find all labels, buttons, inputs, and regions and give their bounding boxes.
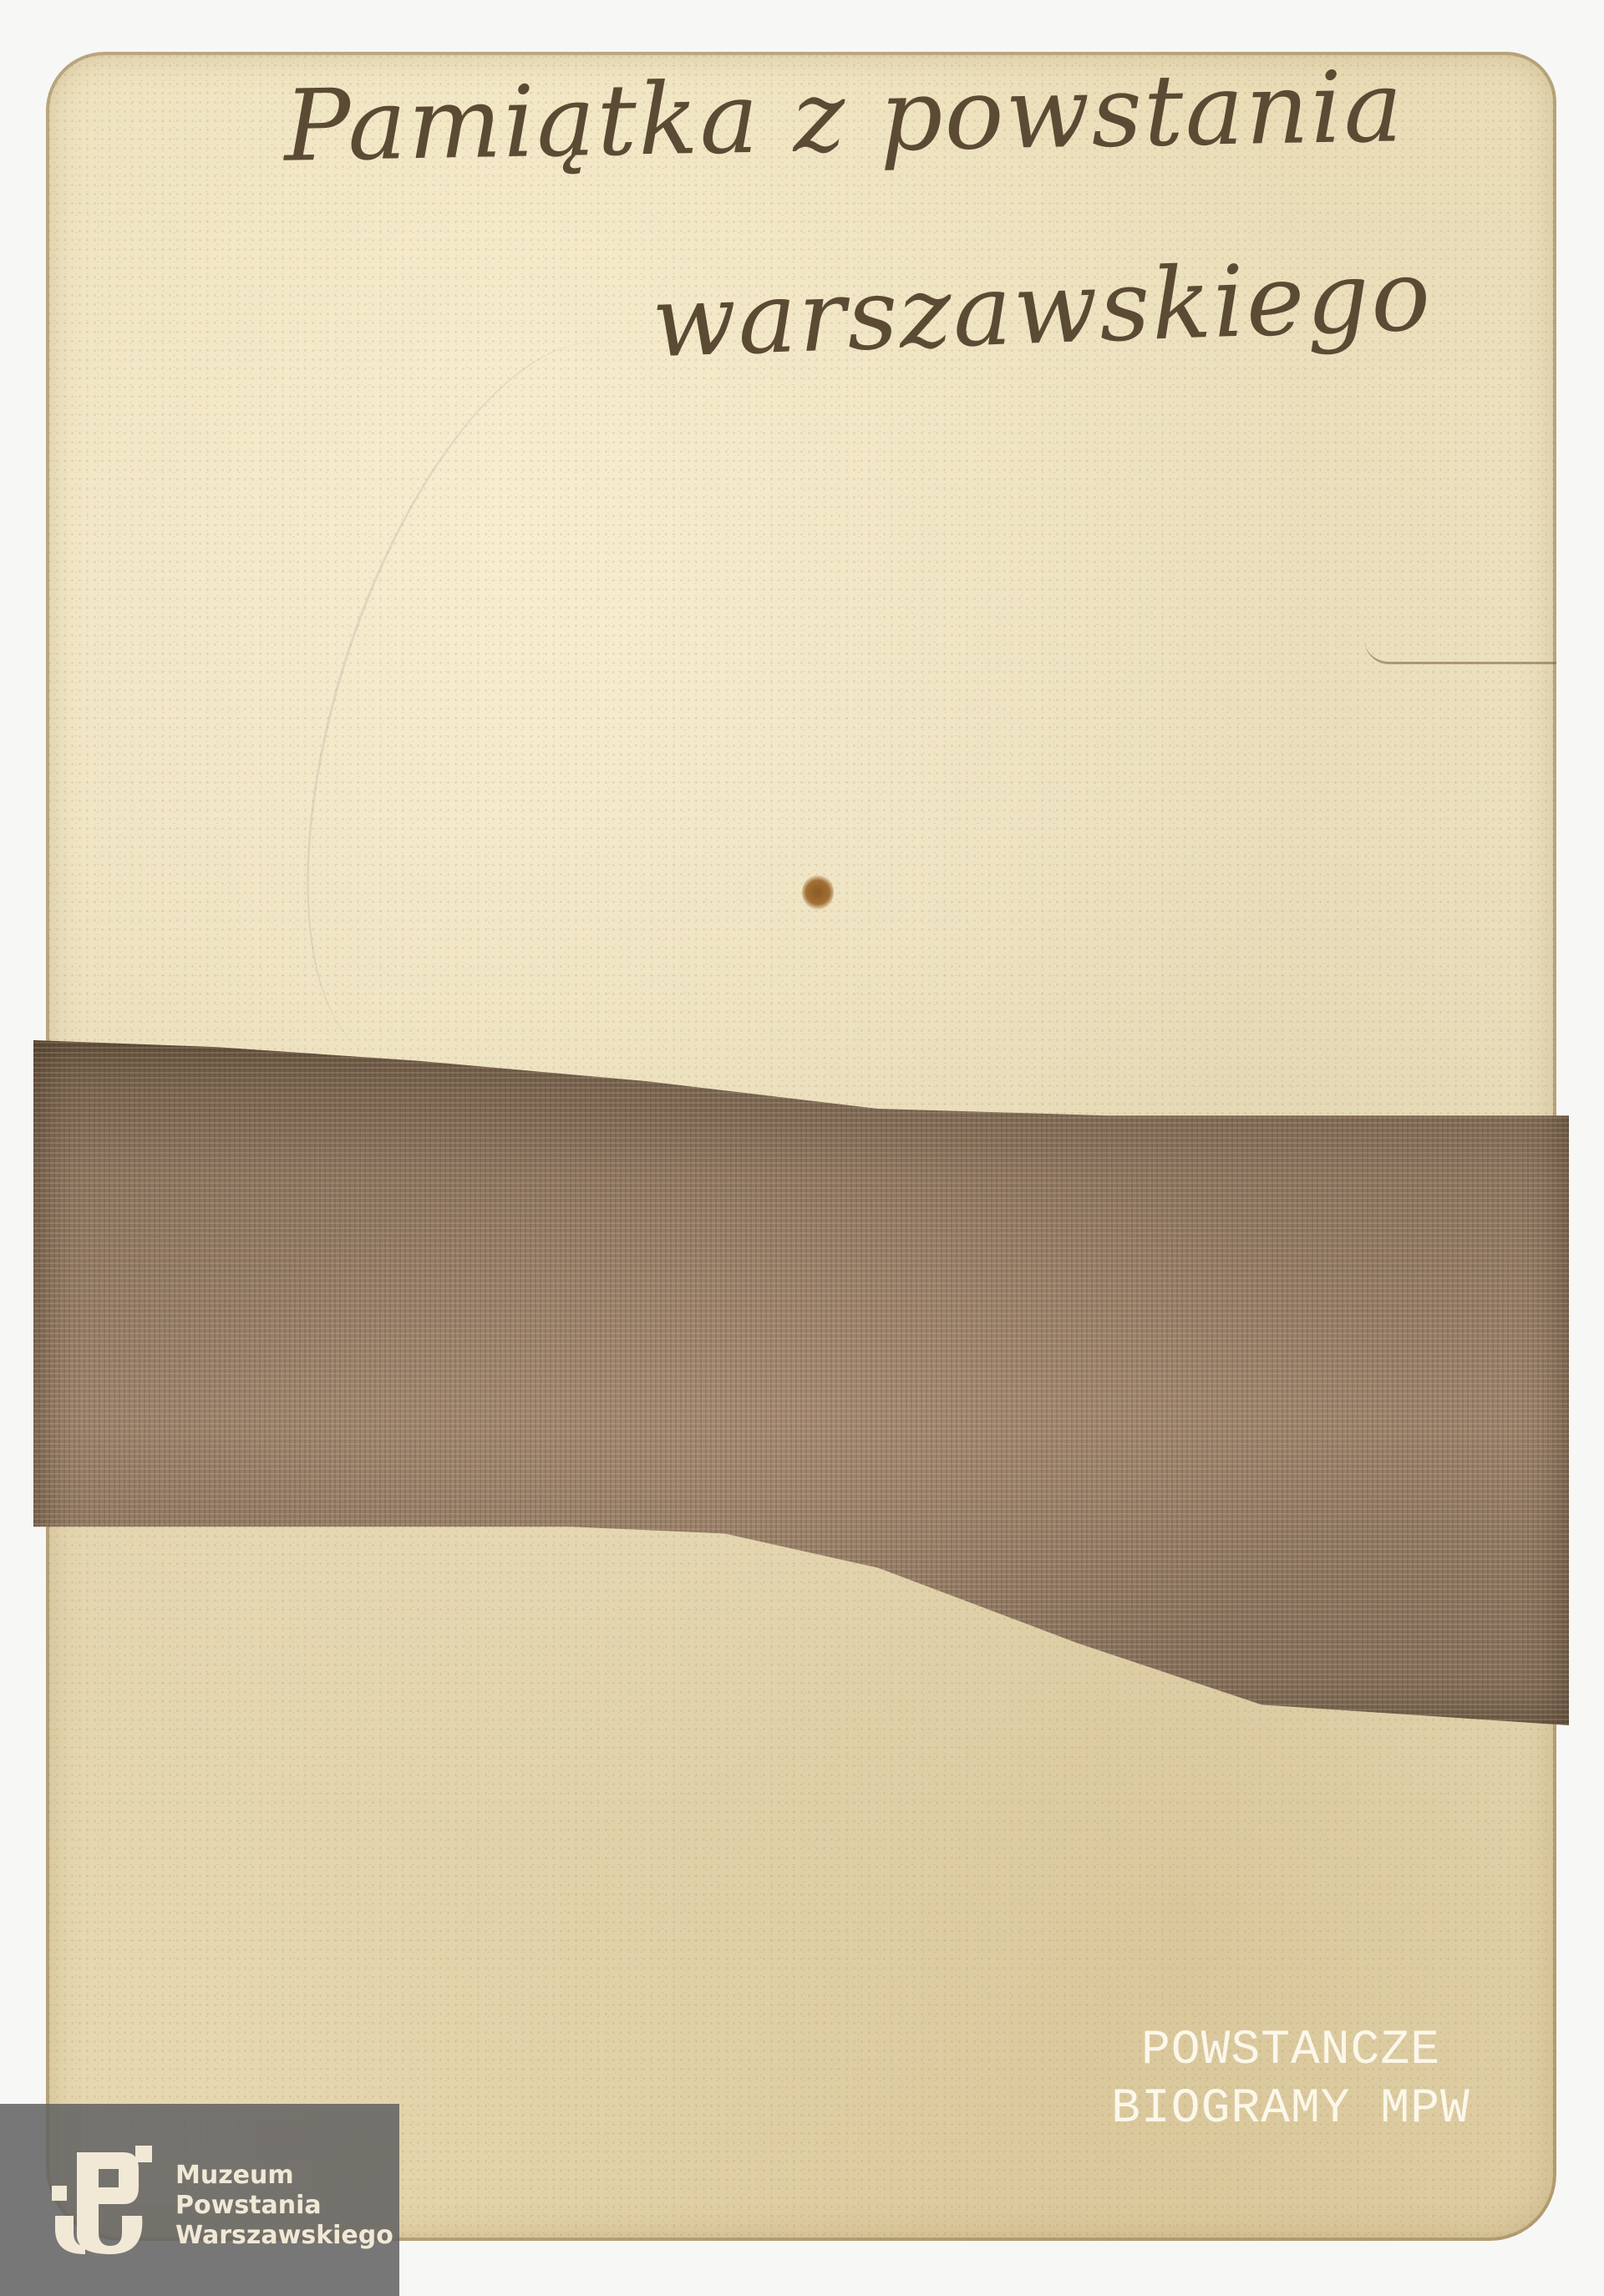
stain-spot (802, 875, 834, 910)
faint-pencil-mark (230, 297, 766, 1110)
watermark-line-1: POWSTANCZE (1074, 2022, 1508, 2080)
museum-name-line-3: Warszawskiego (175, 2221, 393, 2251)
museum-name-line-2: Powstania (175, 2191, 393, 2221)
watermark-line-2: BIOGRAMY MPW (1074, 2080, 1508, 2139)
paper-crease (1364, 628, 1556, 664)
watermark: POWSTANCZE BIOGRAMY MPW (1074, 2022, 1508, 2139)
museum-name: Muzeum Powstania Warszawskiego (175, 2161, 393, 2251)
handwritten-note-line-1: Pamiątka z powstania (283, 48, 1405, 183)
museum-logo: Muzeum Powstania Warszawskiego (0, 2104, 399, 2296)
museum-name-line-1: Muzeum (175, 2161, 393, 2191)
kotwica-anchor-icon (52, 2146, 152, 2254)
